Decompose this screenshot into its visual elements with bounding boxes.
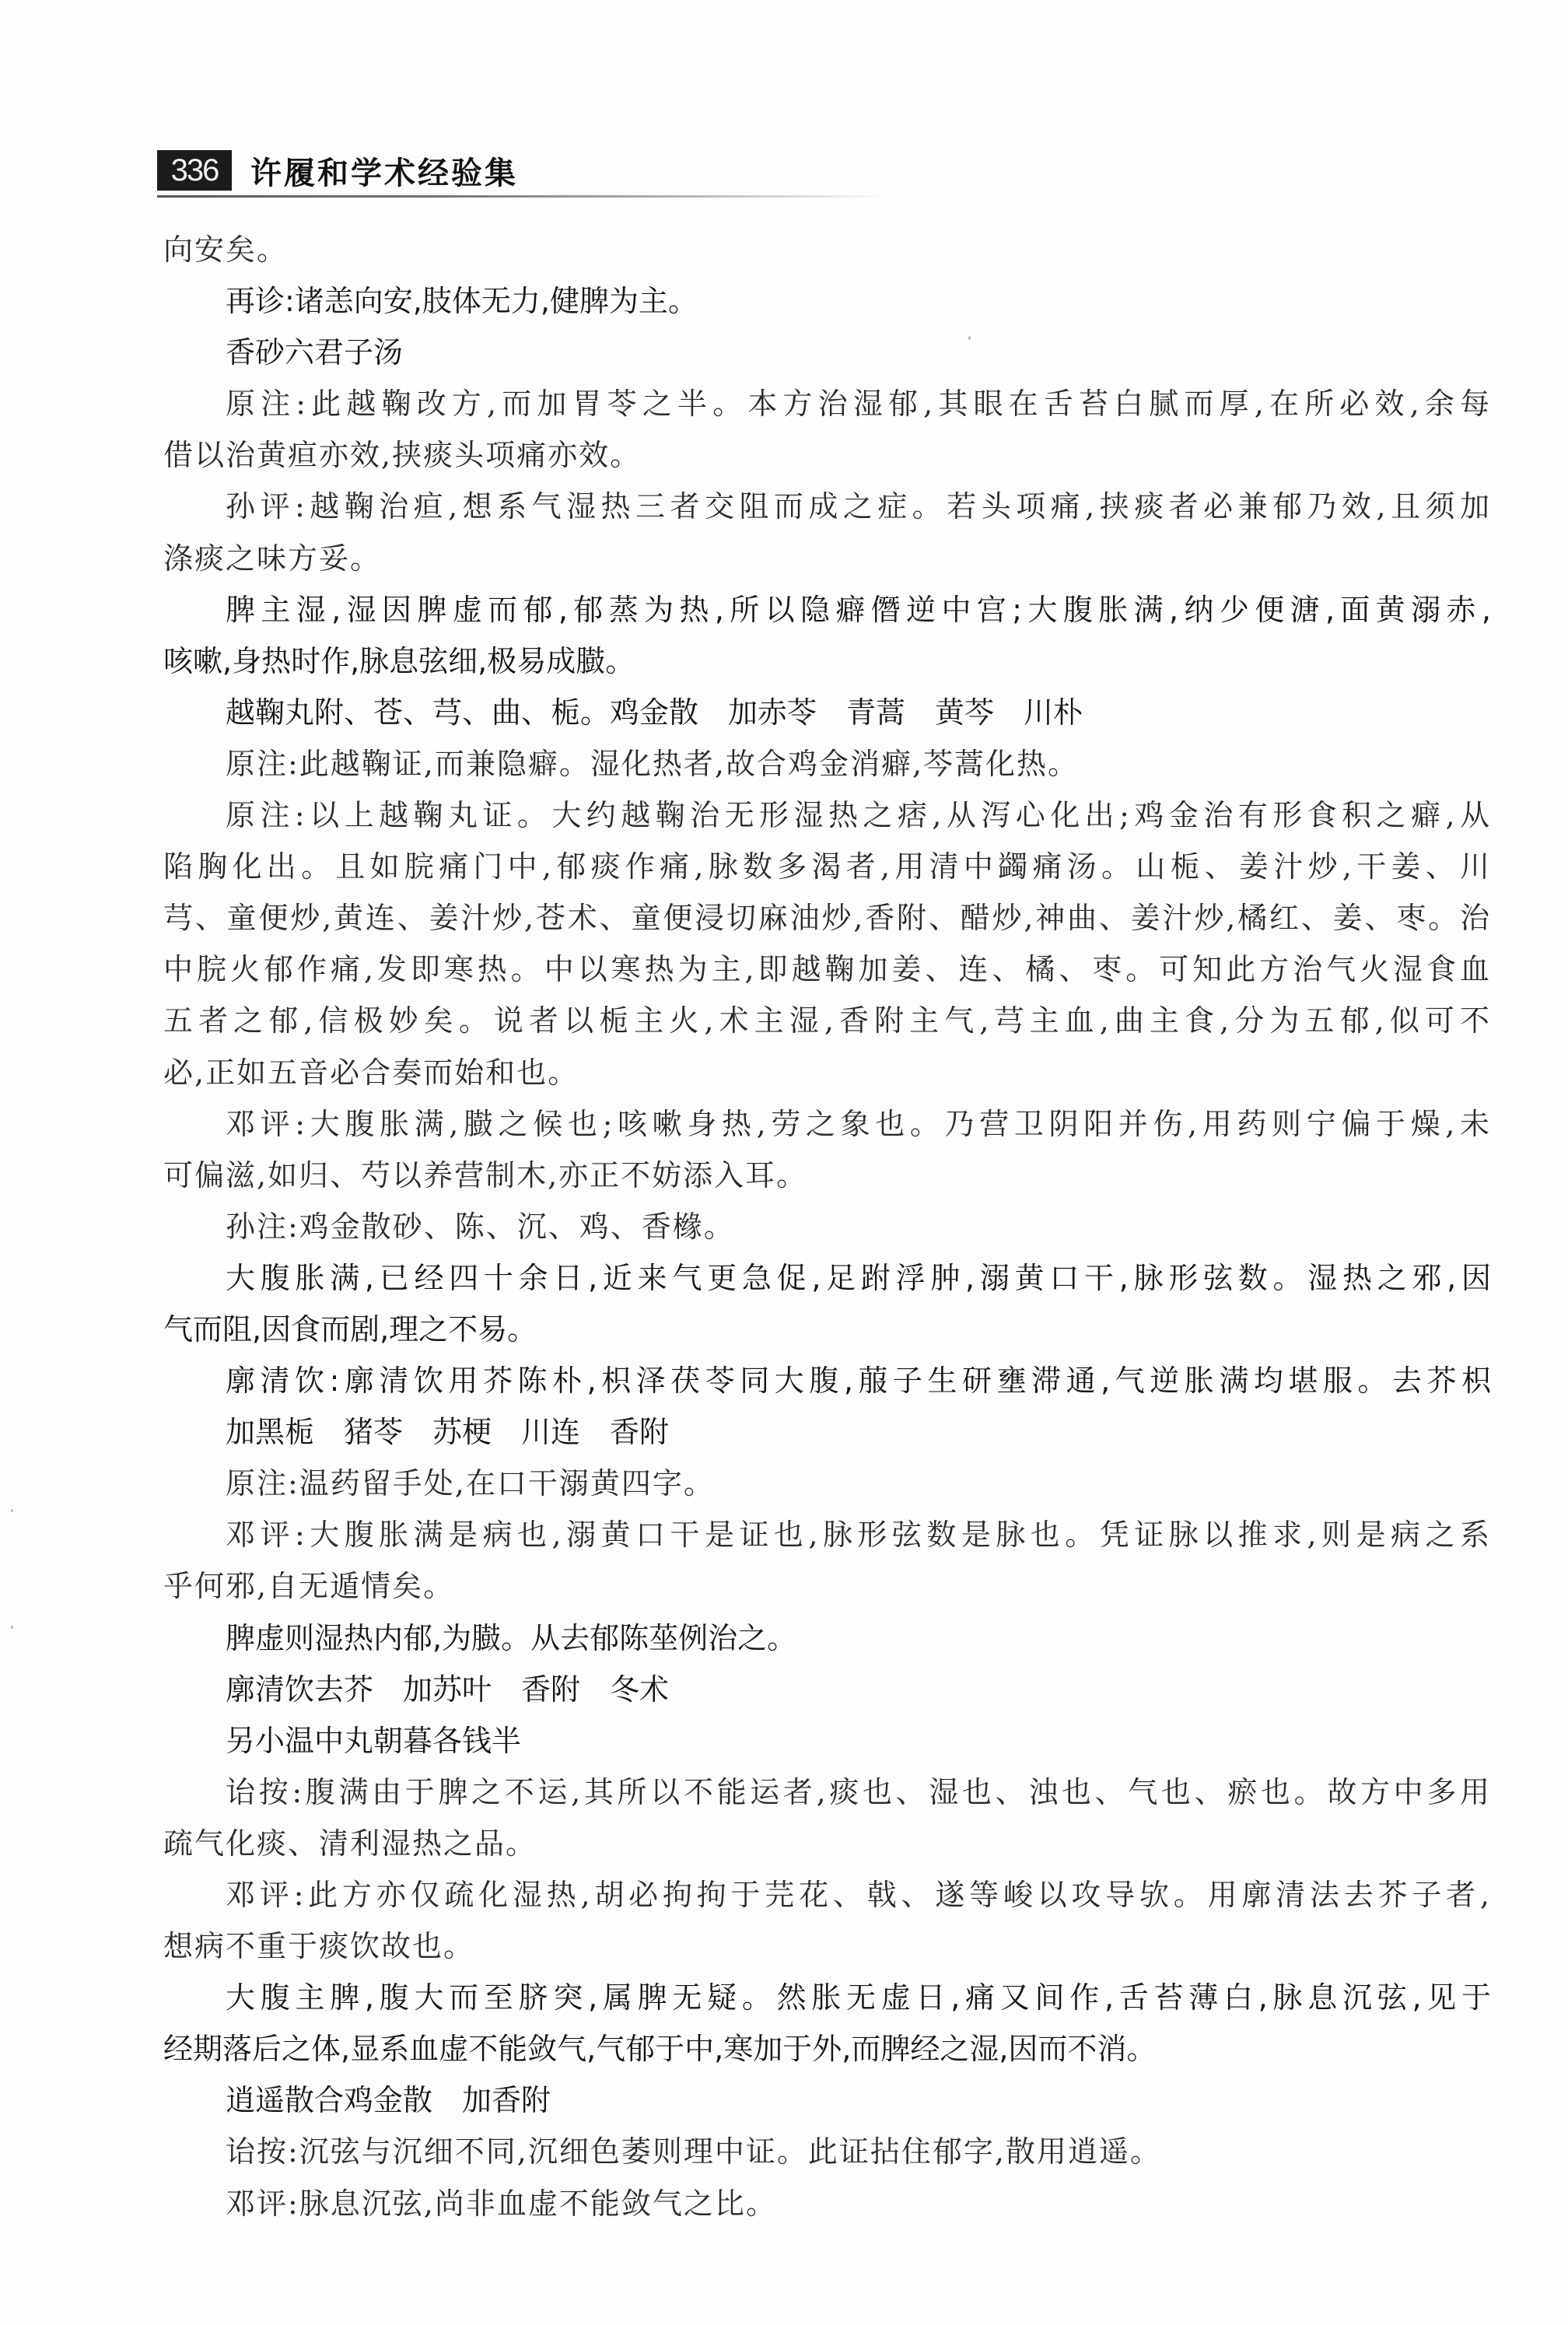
text-line: 可偏滋,如归、芍以养营制木,亦正不妨添入耳。 [163,1150,1491,1201]
text-line: 大腹主脾,腹大而至脐突,属脾无疑。然胀无虚日,痛又间作,舌苔薄白,脉息沉弦,见于 [163,1972,1491,2023]
text-line: 芎、童便炒,黄连、姜汁炒,苍术、童便浸切麻油炒,香附、醋炒,神曲、姜汁炒,橘红、… [163,892,1491,944]
text-line: 孙注:鸡金散砂、陈、沉、鸡、香橼。 [163,1201,1491,1252]
text-line: 五者之郁,信极妙矣。说者以栀主火,术主湿,香附主气,芎主血,曲主食,分为五郁,似… [163,995,1491,1046]
running-head: 336 许履和学术经验集 [157,149,518,191]
text-line: 借以治黄疸亦效,挟痰头项痛亦效。 [163,429,1491,481]
book-title: 许履和学术经验集 [250,149,518,193]
text-line: 脾虚则湿热内郁,为臌。从去郁陈莝例治之。 [163,1612,1491,1664]
text-line: 必,正如五音必合奏而始和也。 [163,1047,1491,1098]
text-line: 再诊:诸恙向安,肢体无力,健脾为主。 [163,275,1491,327]
text-line: 诒按:沉弦与沉细不同,沉细色萎则理中证。此证拈住郁字,散用逍遥。 [163,2126,1491,2177]
page-number-badge: 336 [157,150,232,191]
scan-speck [968,336,971,340]
text-line: 逍遥散合鸡金散 加香附 [163,2075,1491,2126]
text-line: 大腹胀满,已经四十余日,近来气更急促,足跗浮肿,溺黄口干,脉形弦数。湿热之邪,因 [163,1252,1491,1304]
text-line: 邓评:大腹胀满是病也,溺黄口干是证也,脉形弦数是脉也。凭证脉以推求,则是病之系 [163,1509,1491,1560]
text-line: 脾主湿,湿因脾虚而郁,郁蒸为热,所以隐癖僭逆中宫;大腹胀满,纳少便溏,面黄溺赤, [163,584,1491,636]
text-line: 另小温中丸朝暮各钱半 [163,1715,1491,1767]
text-line: 廓清饮去芥 加苏叶 香附 冬术 [163,1664,1491,1715]
book-page: 336 许履和学术经验集 向安矣。 再诊:诸恙向安,肢体无力,健脾为主。 香砂六… [0,0,1568,2325]
text-line: 香砂六君子汤 [163,327,1491,378]
text-line: 邓评:脉息沉弦,尚非血虚不能敛气之比。 [163,2178,1491,2229]
body-text: 向安矣。 再诊:诸恙向安,肢体无力,健脾为主。 香砂六君子汤 原注:此越鞠改方,… [163,224,1491,2229]
text-line: 乎何邪,自无遁情矣。 [163,1560,1491,1612]
scan-speck [11,1626,13,1629]
text-line: 气而阻,因食而剧,理之不易。 [163,1304,1491,1355]
text-line: 中脘火郁作痛,发即寒热。中以寒热为主,即越鞠加姜、连、橘、枣。可知此方治气火湿食… [163,944,1491,995]
text-line: 向安矣。 [163,224,1491,275]
text-line: 原注:此越鞠改方,而加胃苓之半。本方治湿郁,其眼在舌苔白腻而厚,在所必效,余每 [163,378,1491,429]
text-line: 疏气化痰、清利湿热之品。 [163,1818,1491,1869]
text-line: 陷胸化出。且如脘痛门中,郁痰作痛,脉数多渴者,用清中蠲痛汤。山栀、姜汁炒,干姜、… [163,841,1491,892]
scan-speck [11,1509,13,1512]
text-line: 诒按:腹满由于脾之不运,其所以不能运者,痰也、湿也、浊也、气也、瘀也。故方中多用 [163,1767,1491,1818]
text-line: 想病不重于痰饮故也。 [163,1921,1491,1972]
text-line: 加黑栀 猪苓 苏梗 川连 香附 [163,1406,1491,1458]
text-line: 原注:温药留手处,在口干溺黄四字。 [163,1458,1491,1509]
text-line: 经期落后之体,显系血虚不能敛气,气郁于中,寒加于外,而脾经之湿,因而不消。 [163,2023,1491,2075]
text-line: 原注:以上越鞠丸证。大约越鞠治无形湿热之痞,从泻心化出;鸡金治有形食积之癖,从 [163,790,1491,841]
text-line: 原注:此越鞠证,而兼隐癖。湿化热者,故合鸡金消癖,芩蒿化热。 [163,738,1491,790]
text-line: 涤痰之味方妥。 [163,533,1491,584]
text-line: 邓评:大腹胀满,臌之候也;咳嗽身热,劳之象也。乃营卫阴阳并伤,用药则宁偏于燥,未 [163,1098,1491,1150]
header-rule [157,195,888,198]
text-line: 孙评:越鞠治疸,想系气湿热三者交阻而成之症。若头项痛,挟痰者必兼郁乃效,且须加 [163,481,1491,532]
text-line: 咳嗽,身热时作,脉息弦细,极易成臌。 [163,636,1491,687]
text-line: 廓清饮:廓清饮用芥陈朴,枳泽茯苓同大腹,菔子生研壅滞通,气逆胀满均堪服。去芥枳 [163,1355,1491,1406]
text-line: 越鞠丸附、苍、芎、曲、栀。鸡金散 加赤苓 青蒿 黄芩 川朴 [163,687,1491,738]
text-line: 邓评:此方亦仅疏化湿热,胡必拘拘于芫花、戟、遂等峻以攻导欤。用廓清法去芥子者, [163,1869,1491,1921]
